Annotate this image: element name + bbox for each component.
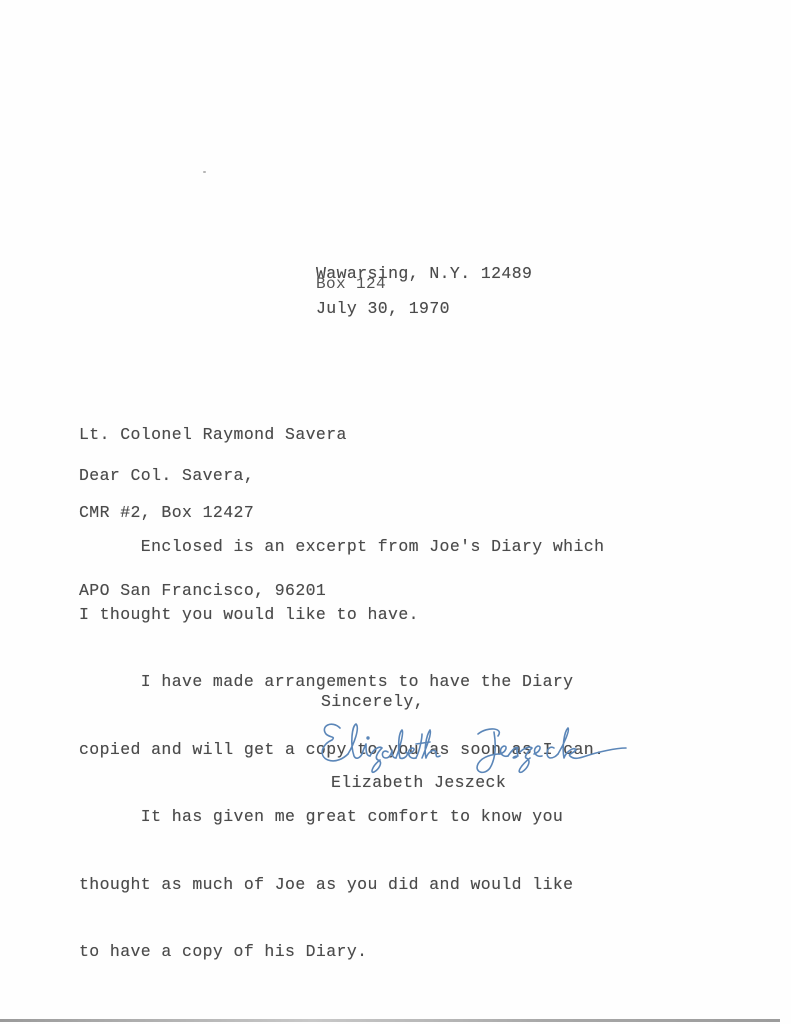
- body-line: thought as much of Joe as you did and wo…: [79, 874, 604, 897]
- body-line: to have a copy of his Diary.: [79, 941, 604, 964]
- salutation: Dear Col. Savera,: [79, 466, 254, 486]
- paper-speck: [203, 171, 206, 173]
- recipient-line1: Lt. Colonel Raymond Savera: [79, 422, 347, 448]
- closing: Sincerely,: [321, 692, 424, 712]
- return-address-line2: Box 124: [316, 276, 386, 292]
- letter-page: Wawarsing, N.Y. 12489 Box 124 July 30, 1…: [0, 0, 791, 1024]
- typed-signature-name: Elizabeth Jeszeck: [331, 773, 506, 793]
- body-line: Enclosed is an excerpt from Joe's Diary …: [79, 536, 604, 559]
- body-line: I thought you would like to have.: [79, 604, 604, 627]
- letter-date: July 30, 1970: [316, 299, 450, 319]
- page-bottom-edge: [0, 1019, 780, 1022]
- handwritten-signature: [318, 714, 638, 776]
- body-line: It has given me great comfort to know yo…: [79, 806, 604, 829]
- body-line: I have made arrangements to have the Dia…: [79, 671, 604, 694]
